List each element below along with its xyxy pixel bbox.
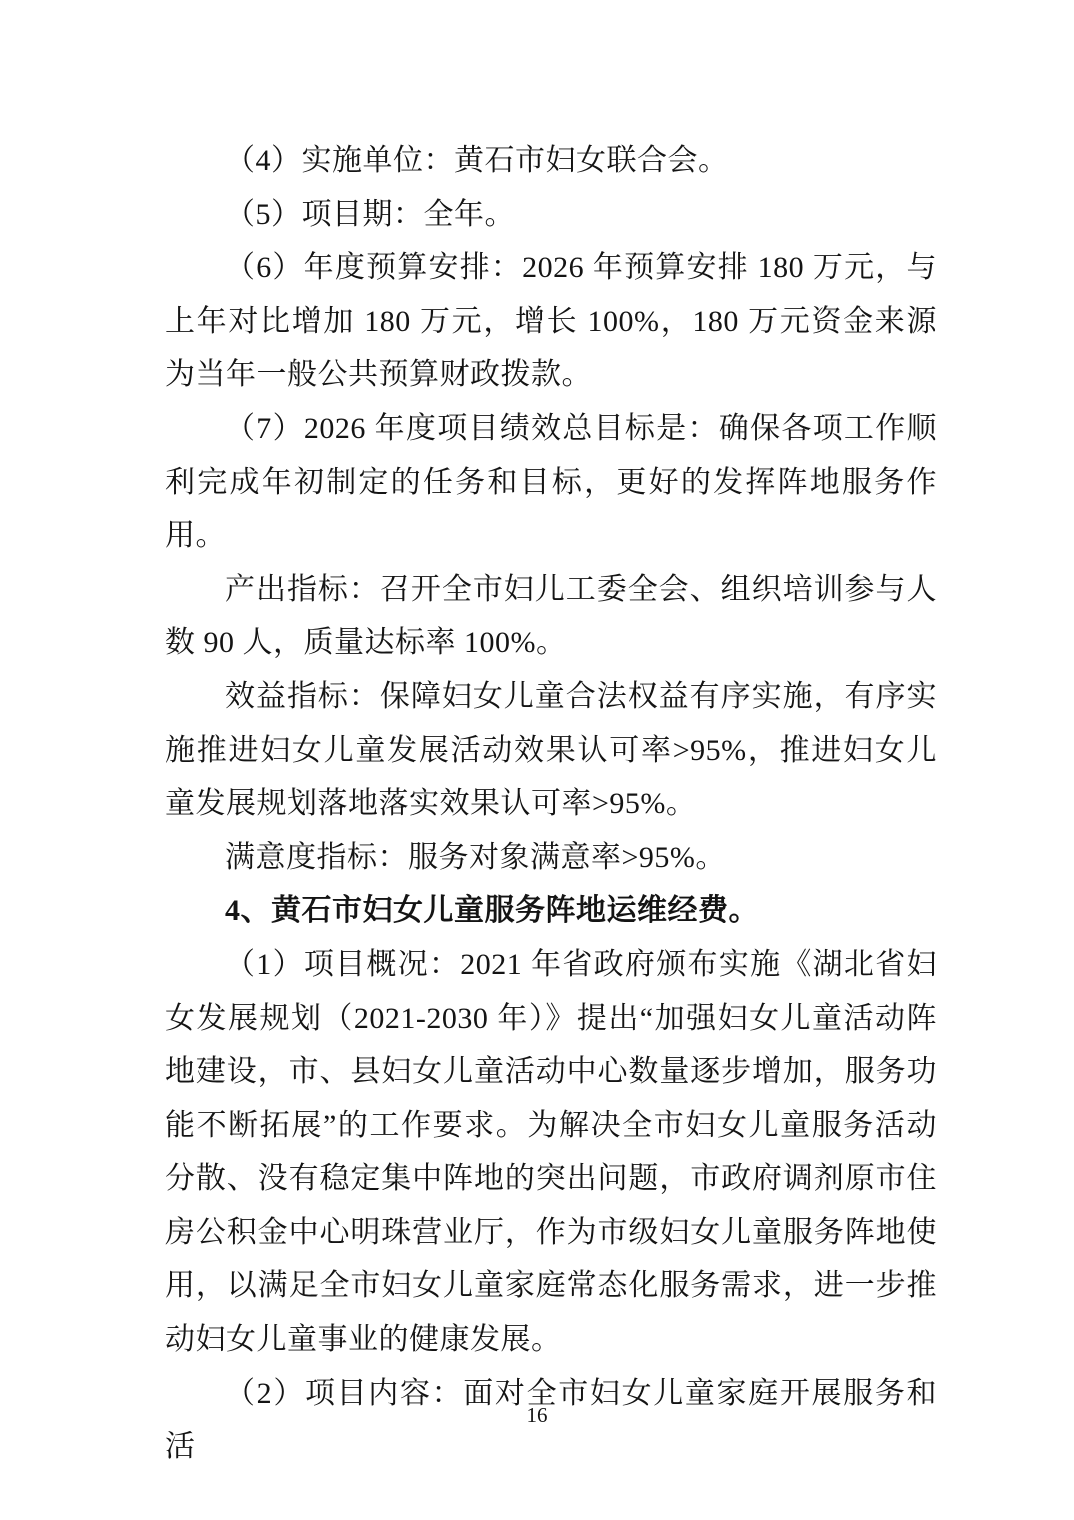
para-annual-budget: （6）年度预算安排：2026 年预算安排 180 万元，与上年对比增加 180 …	[165, 241, 937, 402]
para-output-indicator: 产出指标：召开全市妇儿工委全会、组织培训参与人数 90 人，质量达标率 100%…	[165, 563, 937, 670]
para-implementing-unit: （4）实施单位：黄石市妇女联合会。	[165, 134, 937, 188]
section-heading-item-4: 4、黄石市妇女儿童服务阵地运维经费。	[165, 884, 937, 938]
document-page: （4）实施单位：黄石市妇女联合会。 （5）项目期：全年。 （6）年度预算安排：2…	[0, 0, 1074, 1520]
page-number: 16	[0, 1402, 1074, 1428]
para-satisfaction-indicator: 满意度指标：服务对象满意率>95%。	[165, 831, 937, 885]
document-body: （4）实施单位：黄石市妇女联合会。 （5）项目期：全年。 （6）年度预算安排：2…	[165, 134, 937, 1474]
para-benefit-indicator: 效益指标：保障妇女儿童合法权益有序实施，有序实施推进妇女儿童发展活动效果认可率>…	[165, 670, 937, 831]
para-project-period: （5）项目期：全年。	[165, 188, 937, 242]
para-performance-goal: （7）2026 年度项目绩效总目标是：确保各项工作顺利完成年初制定的任务和目标，…	[165, 402, 937, 563]
para-project-overview: （1）项目概况：2021 年省政府颁布实施《湖北省妇女发展规划（2021-203…	[165, 938, 937, 1367]
